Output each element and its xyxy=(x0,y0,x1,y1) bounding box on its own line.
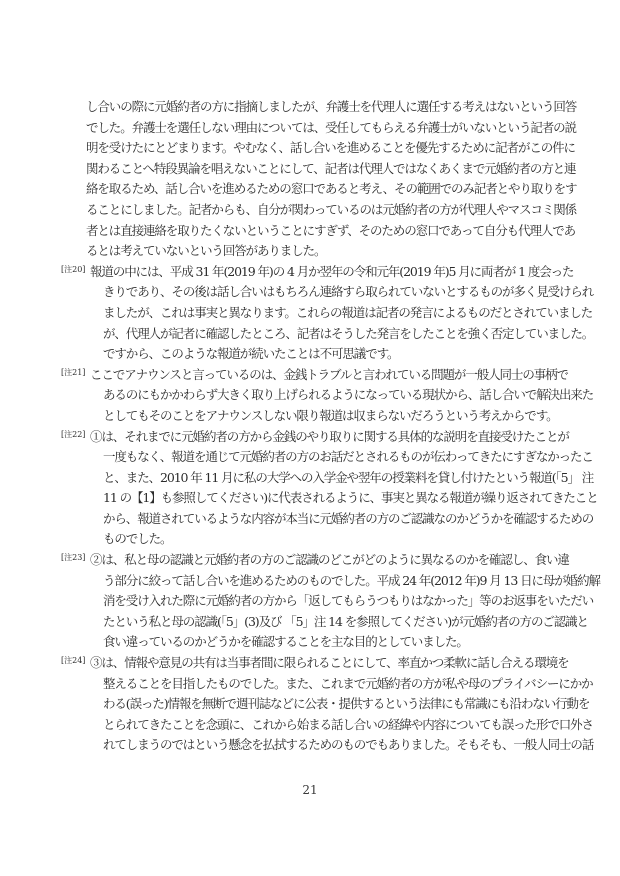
footnote-text-line: 整えることを目指したものでした。また、これまで元婚約者の方が私や母のプライバシー… xyxy=(103,674,620,695)
body-text-line: 明を受けたにとどまります。やむなく、話し合いを進めることを優先するために記者がこ… xyxy=(86,138,620,159)
footnote-text-line: 報道の中には、平成 31 年(2019 年)の 4 月か翌年の令和元年(2019… xyxy=(90,262,620,283)
footnote-note24: [注24]③は、情報や意見の共有は当事者間に限られることにして、率直かつ柔軟に話… xyxy=(0,653,620,756)
footnote-text-line: あるのにもかかわらず大きく取り上げられるようになっている現状から、話し合いで解決… xyxy=(103,385,620,406)
footnote-marker: [注23] xyxy=(61,552,85,563)
body-text-line: 絡を取るため、話し合いを進めるための窓口であると考え、その範囲でのみ記者とやり取… xyxy=(86,179,620,200)
footnote-text-line: れてしまうのではという懸念を払拭するためのものでもありました。そもそも、一般人同… xyxy=(103,735,620,756)
footnote-note20: [注20]報道の中には、平成 31 年(2019 年)の 4 月か翌年の令和元年… xyxy=(0,262,620,365)
footnote-text-line: 11 の【1】も参照してください)に代表されるように、事実と異なる報道が繰り返さ… xyxy=(103,488,620,509)
footnote-marker: [注21] xyxy=(61,367,85,378)
body-text-line: ることにしました。記者からも、自分が関わっているのは元婚約者の方が代理人やマスコ… xyxy=(86,200,620,221)
footnote-text-line: う部分に絞って話し合いを進めるためのものでした。平成 24 年(2012 年)9… xyxy=(103,571,620,592)
body-text-line: るとは考えていないという回答がありました。 xyxy=(86,241,620,262)
footnote-text-line: が、代理人が記者に確認したところ、記者はそうした発言をしたことを強く否定していま… xyxy=(103,324,620,345)
page-content: し合いの際に元婚約者の方に指摘しましたが、弁護士を代理人に選任する考えはないとい… xyxy=(0,97,620,756)
footnote-text-line: ましたが、これは事実と異なります。これらの報道は記者の発言によるものだとされてい… xyxy=(103,303,620,324)
footnote-text-line: きりであり、その後は話し合いはもちろん連絡すら取られていないとするものが多く見受… xyxy=(103,282,620,303)
footnote-text-line: 一度もなく、報道を通じて元婚約者の方のお話だとされるものが伝わってきたにすぎなか… xyxy=(103,447,620,468)
page-number: 21 xyxy=(0,783,620,797)
footnote-marker: [注24] xyxy=(61,655,85,666)
footnote-text-line: 消を受け入れた際に元婚約者の方から「返してもらうつもりはなかった」等のお返事をい… xyxy=(103,591,620,612)
footnote-text-line: ものでした。 xyxy=(103,529,620,550)
footnote-marker: [注20] xyxy=(61,264,85,275)
footnote-text-line: ③は、情報や意見の共有は当事者間に限られることにして、率直かつ柔軟に話し合える環… xyxy=(90,653,620,674)
footnote-text-line: たという私と母の認識(「5」(3)及び 「5」注 14 を参照してください)が元… xyxy=(103,612,620,633)
footnote-text-line: ここでアナウンスと言っているのは、金銭トラブルと言われている問題が一般人同士の事… xyxy=(90,365,620,386)
body-text-line: でした。弁護士を選任しない理由については、受任してもらえる弁護士がいないという記… xyxy=(86,118,620,139)
footnote-note22: [注22]①は、それまでに元婚約者の方から金銭のやり取りに関する具体的な説明を直… xyxy=(0,427,620,551)
footnote-marker: [注22] xyxy=(61,429,85,440)
footnote-text-line: ②は、私と母の認識と元婚約者の方のご認識のどこがどのように異なるのかを確認し、食… xyxy=(90,550,620,571)
footnote-note21: [注21]ここでアナウンスと言っているのは、金銭トラブルと言われている問題が一般… xyxy=(0,365,620,427)
footnote-text-line: と、また、2010 年 11 月に私の大学への入学金や翌年の授業料を貸し付けたと… xyxy=(103,468,620,489)
footnotes-section: [注20]報道の中には、平成 31 年(2019 年)の 4 月か翌年の令和元年… xyxy=(0,262,620,756)
footnote-text-line: から、報道されているような内容が本当に元婚約者の方のご認識なのかどうかを確認する… xyxy=(103,509,620,530)
footnote-text-line: とられてきたことを念頭に、これから始まる話し合いの経緯や内容についても誤った形で… xyxy=(103,715,620,736)
document-page: し合いの際に元婚約者の方に指摘しましたが、弁護士を代理人に選任する考えはないとい… xyxy=(0,0,620,876)
footnote-text-line: としてもそのことをアナウンスしない限り報道は収まらないだろうという考えからです。 xyxy=(103,406,620,427)
body-text-line: 者とは直接連絡を取りたくないということにすぎず、そのための窓口であって自分も代理… xyxy=(86,221,620,242)
body-paragraph: し合いの際に元婚約者の方に指摘しましたが、弁護士を代理人に選任する考えはないとい… xyxy=(0,97,620,262)
body-text-line: し合いの際に元婚約者の方に指摘しましたが、弁護士を代理人に選任する考えはないとい… xyxy=(86,97,620,118)
footnote-text-line: 食い違っているのかどうかを確認することを主な目的としていました。 xyxy=(103,632,620,653)
footnote-note23: [注23]②は、私と母の認識と元婚約者の方のご認識のどこがどのように異なるのかを… xyxy=(0,550,620,653)
footnote-text-line: ①は、それまでに元婚約者の方から金銭のやり取りに関する具体的な説明を直接受けたこ… xyxy=(90,427,620,448)
footnote-text-line: ですから、このような報道が続いたことは不可思議です。 xyxy=(103,344,620,365)
footnote-text-line: わる(誤った)情報を無断で週刊誌などに公表・提供するという法律にも常識にも沿わな… xyxy=(103,694,620,715)
body-text-line: 関わることへ特段異論を唱えないことにして、記者は代理人ではなくあくまで元婚約者の… xyxy=(86,159,620,180)
